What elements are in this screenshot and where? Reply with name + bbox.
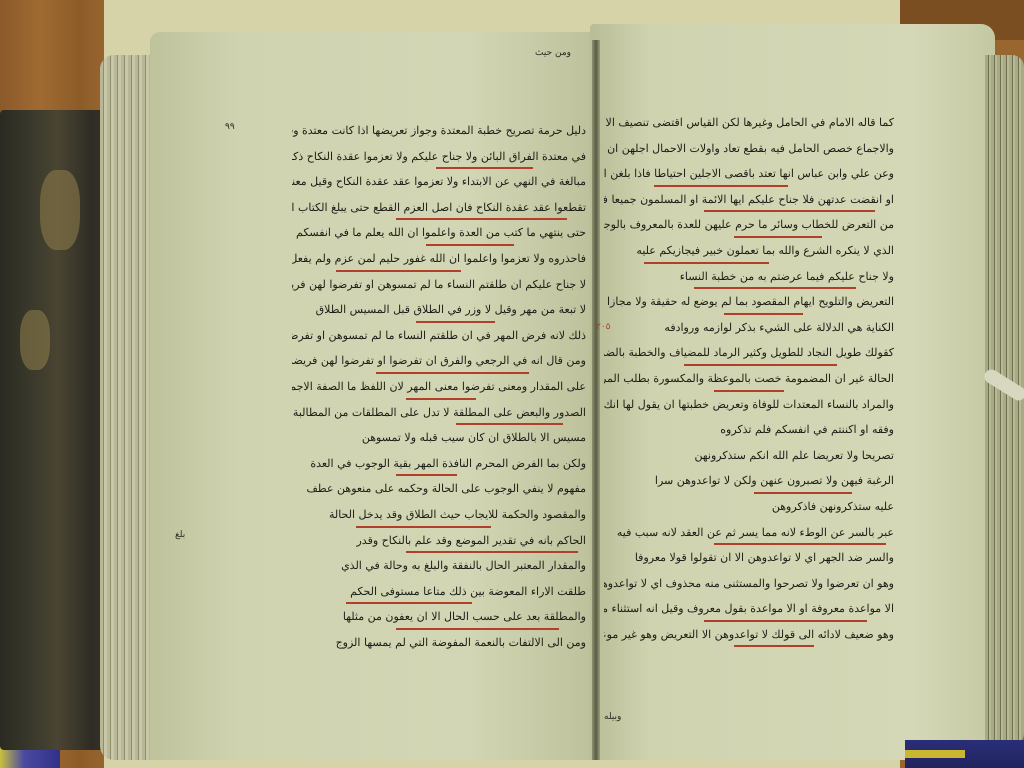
manuscript-line: والمراد بالنساء المعتدات للوفاة وتعريض خ… (604, 394, 894, 420)
rubric-underline (406, 551, 578, 553)
manuscript-line: مبالغة في النهي عن الابتداء ولا تعزموا ع… (292, 171, 586, 197)
rubric-underline (734, 236, 822, 238)
line-text: تقطعوا عقد عقدة النكاح فان اصل العزم الق… (292, 197, 586, 219)
rubric-underline (644, 262, 769, 264)
rubric-underline (356, 526, 491, 528)
line-text: الكناية هي الدلالة على الشيء بذكر لوازمه… (604, 317, 894, 339)
line-text: مفهوم لا ينفي الوجوب على الحالة وحكمه عل… (292, 478, 586, 500)
manuscript-line: لا جناح عليكم ان طلقتم النساء ما لم تمسو… (292, 274, 586, 300)
manuscript-line: تقطعوا عقد عقدة النكاح فان اصل العزم الق… (292, 197, 586, 223)
manuscript-line: ولا جناح عليكم فيما عرضتم به من خطبة الن… (604, 266, 894, 292)
line-text: الحاكم بانه في تقدير الموضع وقد علم بالن… (292, 530, 586, 552)
manuscript-line: طلقت الاراء المعوضة بين ذلك متاعا مستوفى… (292, 581, 586, 607)
manuscript-line: او انقضت عدتهن فلا جناح عليكم ايها الائم… (604, 189, 894, 215)
rubric-underline (396, 218, 567, 220)
line-text: الرغبة فيهن ولا تصبرون عنهن ولكن لا تواع… (604, 470, 894, 492)
line-text: والمراد بالنساء المعتدات للوفاة وتعريض خ… (604, 394, 894, 416)
margin-note-left: بلغ (175, 530, 185, 540)
line-text: ولا جناح عليكم فيما عرضتم به من خطبة الن… (604, 266, 894, 288)
line-text: والاجماع خصص الحامل فيه بقطع تعاد واولات… (604, 138, 894, 160)
line-text: والسر ضد الجهر اي لا تواعدوهن الا ان تقو… (604, 547, 894, 569)
manuscript-line: فاحذروه ولا تعزموا واعلموا ان الله غفور … (292, 248, 586, 274)
rubric-underline (754, 492, 852, 494)
line-text: الا مواعدة معروفة او الا مواعدة بقول معر… (604, 598, 894, 620)
line-text: من التعرض للخطاب وسائر ما حرم عليهن للعد… (604, 214, 894, 236)
rubric-underline (724, 313, 803, 315)
manuscript-line: كقولك طويل النجاد للطويل وكثير الرماد لل… (604, 342, 894, 368)
rubric-underline (436, 167, 533, 169)
line-text: عليه ستذكرونهن فاذكروهن (604, 496, 894, 518)
rubric-underline (684, 364, 837, 366)
line-text: ولكن بما الفرض المحرم النافذة المهر بقية… (292, 453, 586, 475)
rubric-underline (426, 244, 514, 246)
line-text: الصدور والبعض على المطلقة لا تدل على الم… (292, 402, 586, 424)
line-text: الذي لا ينكره الشرع والله بما تعملون خبي… (604, 240, 894, 262)
line-text: الحالة غير ان المضمومة خصت بالموعظة والم… (604, 368, 894, 390)
manuscript-line: مسيس الا بالطلاق ان كان سيب قبله ولا تمس… (292, 427, 586, 453)
line-text: لا جناح عليكم ان طلقتم النساء ما لم تمسو… (292, 274, 586, 296)
rubric-underline (704, 210, 875, 212)
manuscript-line: والسر ضد الجهر اي لا تواعدوهن الا ان تقو… (604, 547, 894, 573)
manuscript-line: وفقه او اكننتم في انفسكم فلم تذكروه (604, 419, 894, 445)
rubric-underline (346, 602, 472, 604)
line-text: والمطلقة بعد على حسب الحال الا ان يعفون … (292, 606, 586, 628)
manuscript-line: والاجماع خصص الحامل فيه بقطع تعاد واولات… (604, 138, 894, 164)
folio-number: ٩٩ (225, 122, 235, 132)
line-text: ذلك لانه فرض المهر في ان طلقتم النساء ما… (292, 325, 586, 347)
manuscript-line: والمقدار المعتبر الحال بالنفقة والبلغ به… (292, 555, 586, 581)
manuscript-line: الكناية هي الدلالة على الشيء بذكر لوازمه… (604, 317, 894, 343)
manuscript-line: الا مواعدة معروفة او الا مواعدة بقول معر… (604, 598, 894, 624)
line-text: والمقصود والحكمة للايجاب حيث الطلاق وقد … (292, 504, 586, 526)
manuscript-line: كما قاله الامام في الحامل وغيرها لكن الق… (604, 112, 894, 138)
manuscript-line: ذلك لانه فرض المهر في ان طلقتم النساء ما… (292, 325, 586, 351)
line-text: على المقدار ومعنى تفرضوا معنى المهر لان … (292, 376, 586, 398)
line-text: عبر بالسر عن الوطء لانه مما يسر ثم عن ال… (604, 522, 894, 544)
line-text: تصريحا ولا تعريضا علم الله انكم ستذكرونه… (604, 445, 894, 467)
line-text: والمقدار المعتبر الحال بالنفقة والبلغ به… (292, 555, 586, 577)
rubric-underline (376, 372, 529, 374)
line-text: مبالغة في النهي عن الابتداء ولا تعزموا ع… (292, 171, 586, 193)
manuscript-line: الرغبة فيهن ولا تصبرون عنهن ولكن لا تواع… (604, 470, 894, 496)
manuscript-line: والمقصود والحكمة للايجاب حيث الطلاق وقد … (292, 504, 586, 530)
manuscript-line: الحاكم بانه في تقدير الموضع وقد علم بالن… (292, 530, 586, 556)
line-text: وفقه او اكننتم في انفسكم فلم تذكروه (604, 419, 894, 441)
manuscript-line: من التعرض للخطاب وسائر ما حرم عليهن للعد… (604, 214, 894, 240)
rubric-underline (406, 398, 476, 400)
line-text: او انقضت عدتهن فلا جناح عليكم ايها الائم… (604, 189, 894, 211)
line-text: دليل حرمة تصريح خطبة المعتدة وجواز تعريض… (292, 120, 586, 142)
rubric-underline (416, 321, 495, 323)
rubric-underline (694, 287, 856, 289)
manuscript-line: تصريحا ولا تعريضا علم الله انكم ستذكرونه… (604, 445, 894, 471)
manuscript-line: على المقدار ومعنى تفرضوا معنى المهر لان … (292, 376, 586, 402)
line-text: مسيس الا بالطلاق ان كان سيب قبله ولا تمس… (292, 427, 586, 449)
manuscript-line: الحالة غير ان المضمومة خصت بالموعظة والم… (604, 368, 894, 394)
line-text: وهو ان تعرضوا ولا تصرحوا والمستثنى منه م… (604, 573, 894, 595)
line-text: حتى ينتهي ما كتب من العدة واعلموا ان الل… (292, 222, 586, 244)
text-block-left: دليل حرمة تصريح خطبة المعتدة وجواز تعريض… (292, 120, 586, 657)
line-text: لا تبعة من مهر وقيل لا وزر في الطلاق قبل… (292, 299, 586, 321)
manuscript-line: ومن الى الالتفات بالنعمة المفوضة التي لم… (292, 632, 586, 658)
rubric-underline (734, 645, 814, 647)
manuscript-line: ومن قال انه في الرجعي والفرق ان تفرضوا ا… (292, 350, 586, 376)
manuscript-line: لا تبعة من مهر وقيل لا وزر في الطلاق قبل… (292, 299, 586, 325)
manuscript-line: في معتدة الفراق البائن ولا جناح عليكم ول… (292, 146, 586, 172)
manuscript-line: والمطلقة بعد على حسب الحال الا ان يعفون … (292, 606, 586, 632)
stacked-books-right (905, 740, 1024, 768)
manuscript-line: ولكن بما الفرض المحرم النافذة المهر بقية… (292, 453, 586, 479)
text-block-right: كما قاله الامام في الحامل وغيرها لكن الق… (604, 112, 894, 649)
manuscript-line: وهو ان تعرضوا ولا تصرحوا والمستثنى منه م… (604, 573, 894, 599)
catchword-top: ومن حيث (535, 48, 571, 58)
manuscript-line: وهو ضعيف لادائه الى قولك لا تواعدوهن الا… (604, 624, 894, 650)
manuscript-line: دليل حرمة تصريح خطبة المعتدة وجواز تعريض… (292, 120, 586, 146)
line-text: ومن الى الالتفات بالنعمة المفوضة التي لم… (292, 632, 586, 654)
manuscript-line: حتى ينتهي ما كتب من العدة واعلموا ان الل… (292, 222, 586, 248)
manuscript-line: الذي لا ينكره الشرع والله بما تعملون خبي… (604, 240, 894, 266)
line-text: في معتدة الفراق البائن ولا جناح عليكم ول… (292, 146, 586, 168)
manuscript-line: الصدور والبعض على المطلقة لا تدل على الم… (292, 402, 586, 428)
line-text: التعريض والتلويح ايهام المقصود بما لم يو… (604, 291, 894, 313)
manuscript-line: عليه ستذكرونهن فاذكروهن (604, 496, 894, 522)
rubric-underline (396, 474, 457, 476)
rubric-underline (336, 270, 461, 272)
line-text: كما قاله الامام في الحامل وغيرها لكن الق… (604, 112, 894, 134)
rubric-underline (714, 543, 886, 545)
leather-cover (0, 110, 115, 750)
manuscript-line: التعريض والتلويح ايهام المقصود بما لم يو… (604, 291, 894, 317)
cover-wear-mark (20, 310, 50, 370)
book-gutter (592, 40, 600, 760)
manuscript-line: عبر بالسر عن الوطء لانه مما يسر ثم عن ال… (604, 522, 894, 548)
line-text: طلقت الاراء المعوضة بين ذلك متاعا مستوفى… (292, 581, 586, 603)
line-text: وهو ضعيف لادائه الى قولك لا تواعدوهن الا… (604, 624, 894, 646)
line-text: ومن قال انه في الرجعي والفرق ان تفرضوا ا… (292, 350, 586, 372)
rubric-underline (714, 390, 784, 392)
line-text: فاحذروه ولا تعزموا واعلموا ان الله غفور … (292, 248, 586, 270)
cover-wear-mark (40, 170, 80, 250)
manuscript-line: وعن علي وابن عباس انها تعتد باقصى الاجلي… (604, 163, 894, 189)
line-text: وعن علي وابن عباس انها تعتد باقصى الاجلي… (604, 163, 894, 185)
rubric-underline (654, 185, 788, 187)
rubric-underline (456, 423, 563, 425)
line-text: كقولك طويل النجاد للطويل وكثير الرماد لل… (604, 342, 894, 364)
rubric-underline (396, 628, 559, 630)
catchword-bottom: وبيله (604, 712, 621, 722)
rubric-underline (704, 620, 867, 622)
manuscript-line: مفهوم لا ينفي الوجوب على الحالة وحكمه عل… (292, 478, 586, 504)
